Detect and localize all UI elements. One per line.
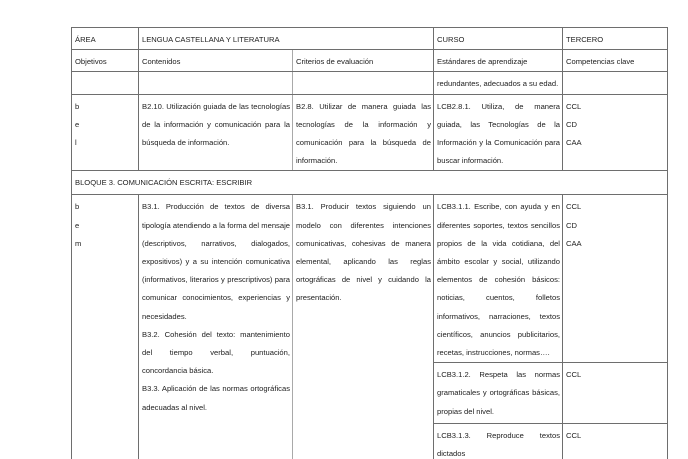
contenidos-cell: B3.1. Producción de textos de diversa ti… <box>139 195 293 459</box>
document-page: ÁREA LENGUA CASTELLANA Y LITERATURA CURS… <box>0 0 688 459</box>
curriculum-table: ÁREA LENGUA CASTELLANA Y LITERATURA CURS… <box>71 27 668 459</box>
competencia-code: CCL <box>566 98 665 116</box>
competencia-code: CD <box>566 116 665 134</box>
objetivo-letter: b <box>75 98 136 116</box>
competencia-code: CCL <box>566 427 665 445</box>
competencia-code: CAA <box>566 235 665 253</box>
objetivo-letter: l <box>75 134 136 152</box>
objetivo-letter: m <box>75 235 136 253</box>
header-row-columns: Objetivos Contenidos Criterios de evalua… <box>72 50 668 72</box>
area-value: LENGUA CASTELLANA Y LITERATURA <box>139 28 434 50</box>
table-row-b3-1: b e m B3.1. Producción de textos de dive… <box>72 195 668 363</box>
column-header-estandares: Estándares de aprendizaje <box>434 50 563 72</box>
contenido-item: B3.3. Aplicación de las normas ortográfi… <box>142 380 290 416</box>
competencia-code: CCL <box>566 198 665 216</box>
column-header-competencias: Competencias clave <box>563 50 668 72</box>
competencias-cell: CCL CD CAA <box>563 94 668 171</box>
objetivo-letter: e <box>75 217 136 235</box>
contenido-item: B3.1. Producción de textos de diversa ti… <box>142 198 290 325</box>
continuation-row: redundantes, adecuados a su edad. <box>72 72 668 94</box>
estandar-cell: LCB3.1.2. Respeta las normas gramaticale… <box>434 363 563 424</box>
column-header-criterios: Criterios de evaluación <box>293 50 434 72</box>
continuation-estandar: redundantes, adecuados a su edad. <box>434 72 563 94</box>
competencias-cell: CCL <box>563 424 668 459</box>
area-label: ÁREA <box>72 28 139 50</box>
competencia-code: CCL <box>566 366 665 384</box>
bloque-row: BLOQUE 3. COMUNICACIÓN ESCRITA: ESCRIBIR <box>72 171 668 195</box>
estandar-cell: LCB3.1.3. Reproduce textos dictados <box>434 424 563 459</box>
competencias-cell: CCL <box>563 363 668 424</box>
objetivo-letter: b <box>75 198 136 216</box>
competencias-cell: CCL CD CAA <box>563 195 668 363</box>
curso-value: TERCERO <box>563 28 668 50</box>
contenido-item: B3.2. Cohesión del texto: mantenimiento … <box>142 326 290 381</box>
estandar-cell: LCB3.1.1. Escribe, con ayuda y en difere… <box>434 195 563 363</box>
bloque-title: BLOQUE 3. COMUNICACIÓN ESCRITA: ESCRIBIR <box>72 171 668 195</box>
competencia-code: CD <box>566 217 665 235</box>
objetivos-cell: b e l <box>72 94 139 171</box>
criterio-cell: B3.1. Producir textos siguiendo un model… <box>293 195 434 459</box>
header-row-area: ÁREA LENGUA CASTELLANA Y LITERATURA CURS… <box>72 28 668 50</box>
contenido-cell: B2.10. Utilización guiada de las tecnolo… <box>139 94 293 171</box>
criterio-cell: B2.8. Utilizar de manera guiada las tecn… <box>293 94 434 171</box>
estandar-cell: LCB2.8.1. Utiliza, de manera guiada, las… <box>434 94 563 171</box>
column-header-contenidos: Contenidos <box>139 50 293 72</box>
table-row-b2: b e l B2.10. Utilización guiada de las t… <box>72 94 668 171</box>
column-header-objetivos: Objetivos <box>72 50 139 72</box>
curso-label: CURSO <box>434 28 563 50</box>
objetivos-cell: b e m <box>72 195 139 459</box>
competencia-code: CAA <box>566 134 665 152</box>
objetivo-letter: e <box>75 116 136 134</box>
